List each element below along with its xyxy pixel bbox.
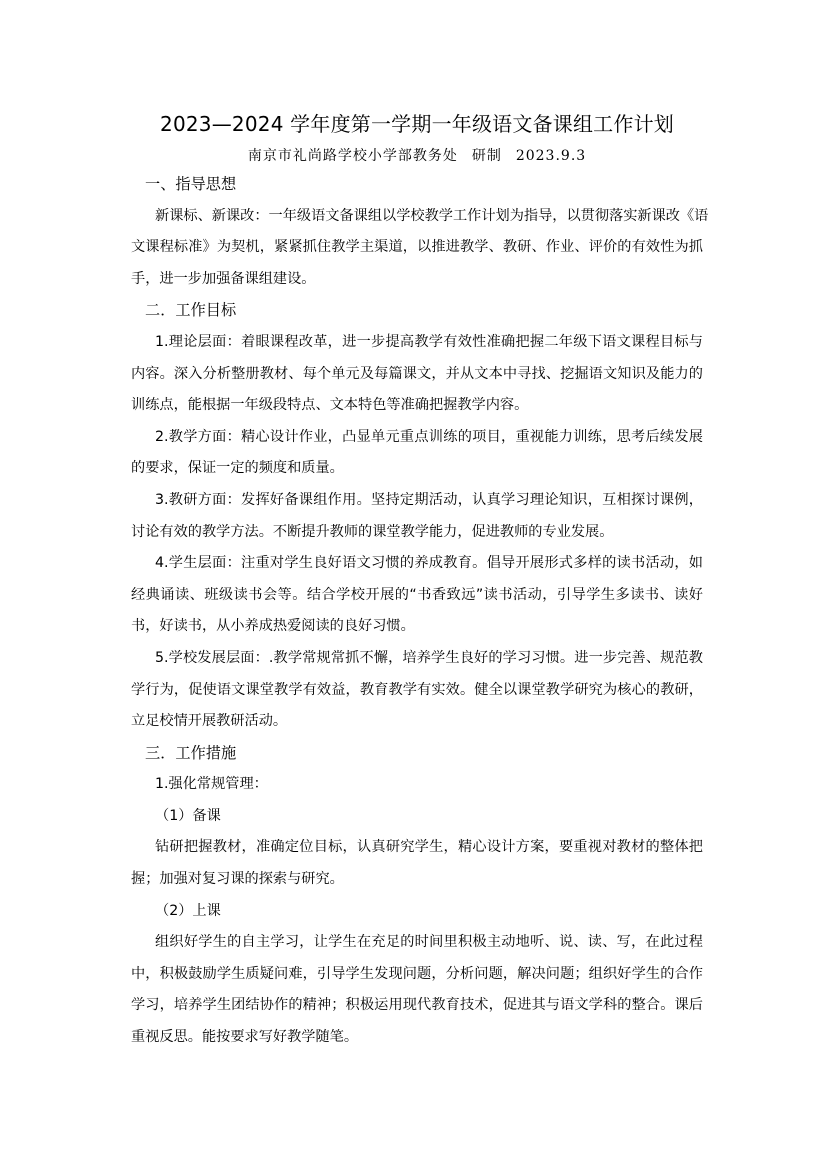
document-body: 一、指导思想 新课标、新课改：一年级语文备课组以学校教学工作计划为指导，以贯彻落… <box>131 169 703 1054</box>
paragraph-line: 4.学生层面：注重对学生良好语文习惯的养成教育。倡导开展形式多样的读书活动，如 <box>131 548 703 580</box>
paragraph-line: 文课程标准》为契机，紧紧抓住教学主渠道，以推进教学、教研、作业、评价的有效性为抓 <box>131 232 703 264</box>
document-title: 2023—2024 学年度第一学期一年级语文备课组工作计划 <box>131 110 703 138</box>
subsection-label: （2）上课 <box>131 896 703 928</box>
section-heading-work-measures: 三．工作措施 <box>131 738 703 770</box>
document-subtitle: 南京市礼尚路学校小学部教务处研制2023.9.3 <box>131 145 703 167</box>
paragraph-line: 2.教学方面：精心设计作业，凸显单元重点训练的项目，重视能力训练，思考后续发展 <box>131 422 703 454</box>
subtitle-org: 南京市礼尚路学校小学部教务处 <box>248 148 458 164</box>
paragraph-line: 书，好读书，从小养成热爱阅读的良好习惯。 <box>131 611 703 643</box>
section-heading-guiding-ideology: 一、指导思想 <box>131 169 703 201</box>
paragraph-line: 的要求，保证一定的频度和质量。 <box>131 453 703 485</box>
paragraph-line: 立足校情开展教研活动。 <box>131 706 703 738</box>
paragraph-line: 组织好学生的自主学习，让学生在充足的时间里积极主动地听、说、读、写，在此过程 <box>131 927 703 959</box>
paragraph-line: 内容。深入分析整册教材、每个单元及每篇课文，并从文本中寻找、挖掘语文知识及能力的 <box>131 359 703 391</box>
paragraph-line: 钻研把握教材，准确定位目标，认真研究学生，精心设计方案，要重视对教材的整体把 <box>131 832 703 864</box>
paragraph-line: 经典诵读、班级读书会等。结合学校开展的“书香致远”读书活动，引导学生多读书、读好 <box>131 580 703 612</box>
subtitle-action: 研制 <box>472 148 502 164</box>
paragraph-line: 3.教研方面：发挥好备课组作用。坚持定期活动，认真学习理论知识，互相探讨课例， <box>131 485 703 517</box>
paragraph-line: 5.学校发展层面：.教学常规常抓不懈，培养学生良好的学习习惯。进一步完善、规范教 <box>131 643 703 675</box>
subsection-label: （1）备课 <box>131 801 703 833</box>
paragraph-line: 握；加强对复习课的探索与研究。 <box>131 864 703 896</box>
paragraph-line: 手，进一步加强备课组建设。 <box>131 264 703 296</box>
section-heading-work-goals: 二．工作目标 <box>131 295 703 327</box>
paragraph-line: 讨论有效的教学方法。不断提升教师的课堂教学能力，促进教师的专业发展。 <box>131 517 703 549</box>
subsection-label: 1.强化常规管理： <box>131 769 703 801</box>
paragraph-line: 新课标、新课改：一年级语文备课组以学校教学工作计划为指导，以贯彻落实新课改《语 <box>131 201 703 233</box>
paragraph-line: 1.理论层面：着眼课程改革，进一步提高教学有效性准确把握二年级下语文课程目标与 <box>131 327 703 359</box>
paragraph-line: 中，积极鼓励学生质疑问难，引导学生发现问题，分析问题，解决问题；组织好学生的合作 <box>131 959 703 991</box>
paragraph-line: 训练点，能根据一年级段特点、文本特色等准确把握教学内容。 <box>131 390 703 422</box>
paragraph-line: 学行为，促使语文课堂教学有效益，教育教学有实效。健全以课堂教学研究为核心的教研， <box>131 675 703 707</box>
paragraph-line: 重视反思。能按要求写好教学随笔。 <box>131 1022 703 1054</box>
paragraph-line: 学习，培养学生团结协作的精神；积极运用现代教育技术，促进其与语文学科的整合。课后 <box>131 990 703 1022</box>
subtitle-date: 2023.9.3 <box>516 148 586 164</box>
